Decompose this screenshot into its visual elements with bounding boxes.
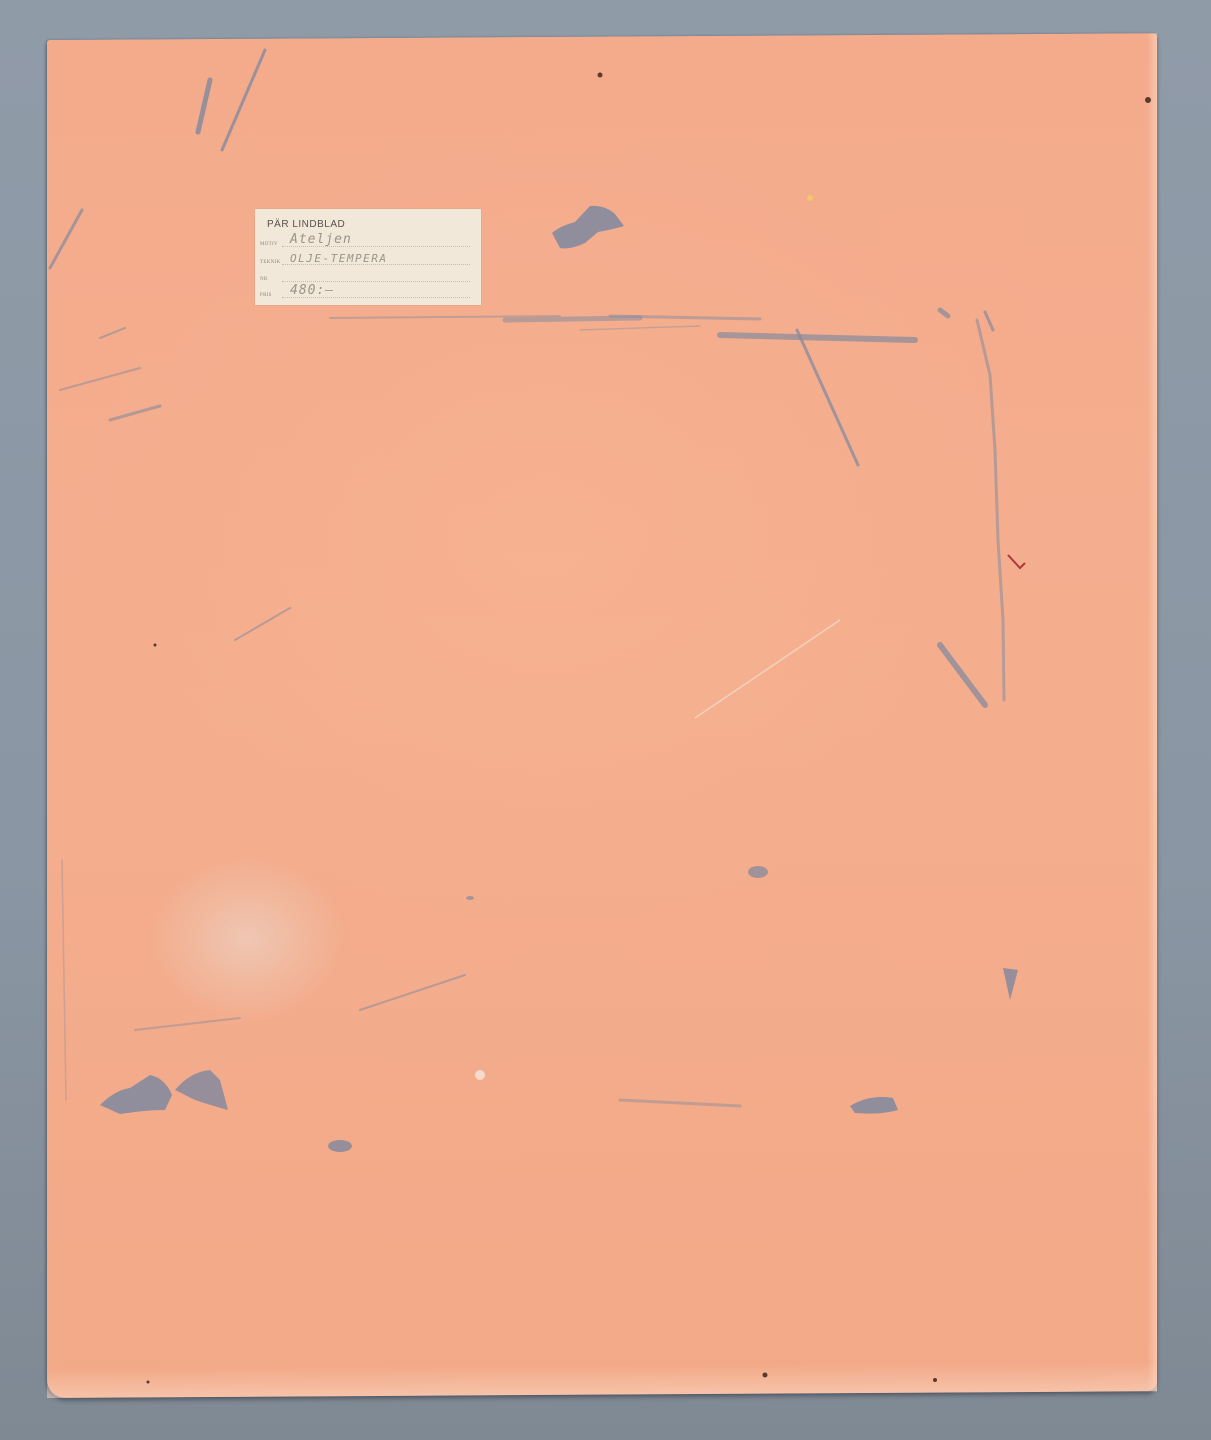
field-key: NR xyxy=(260,277,268,282)
label-row-pris: PRIS 480:— xyxy=(260,284,475,300)
field-key: TEKNIK xyxy=(260,260,280,265)
field-key: PRIS xyxy=(260,293,272,298)
artist-label-sticker: PÄR LINDBLAD MOTIV Ateljen TEKNIK OLJE-T… xyxy=(255,209,481,305)
field-value-teknik: OLJE-TEMPERA xyxy=(290,252,387,265)
label-row-teknik: TEKNIK OLJE-TEMPERA xyxy=(260,251,475,267)
artist-name: PÄR LINDBLAD xyxy=(267,219,345,230)
field-value-pris: 480:— xyxy=(290,283,334,298)
label-row-nr: NR xyxy=(260,268,475,284)
board-edge-bottom xyxy=(47,1361,1157,1398)
field-value-motiv: Ateljen xyxy=(290,232,352,247)
field-line xyxy=(282,281,470,282)
board-edge-right xyxy=(1147,33,1157,1391)
field-key: MOTIV xyxy=(260,242,278,247)
artwork-board-verso xyxy=(47,33,1157,1398)
label-row-motiv: MOTIV Ateljen xyxy=(260,233,475,249)
